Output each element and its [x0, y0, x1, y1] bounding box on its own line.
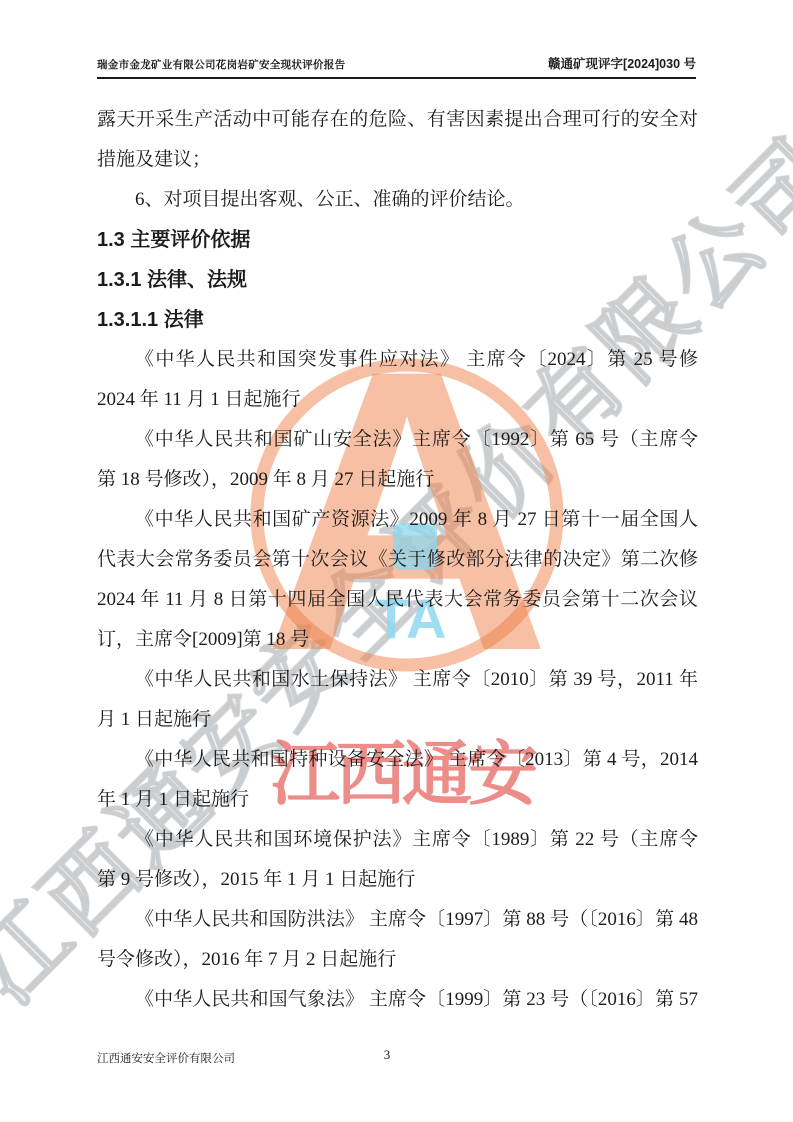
text-line: 《中华人民共和国防洪法》 主席令〔1997〕第 88 号（〔2016〕第 48 [97, 900, 698, 940]
text-line: 《中华人民共和国矿山安全法》主席令〔1992〕第 65 号（主席令〔2009〕 [97, 420, 698, 460]
text-line: 《中华人民共和国矿产资源法》2009 年 8 月 27 日第十一届全国人民 [97, 500, 698, 540]
body-text: 露天开采生产活动中可能存在的危险、有害因素提出合理可行的安全对策措施及建议；6、… [97, 100, 698, 1020]
text-line: 2024 年 11 月 1 日起施行 [97, 380, 698, 420]
text-line: 订，主席令[2009]第 18 号 [97, 620, 698, 660]
section-heading: 1.3.1.1 法律 [97, 300, 698, 340]
text-line: 年 1 月 1 日起施行 [97, 780, 698, 820]
text-line: 《中华人民共和国气象法》 主席令〔1999〕第 23 号（〔2016〕第 57 [97, 980, 698, 1020]
footer-company-name: 江西通安安全评价有限公司 [97, 1050, 235, 1066]
text-line: 《中华人民共和国环境保护法》主席令〔1989〕第 22 号（主席令〔2014〕 [97, 820, 698, 860]
text-line: 《中华人民共和国水土保持法》 主席令〔2010〕第 39 号，2011 年 3 [97, 660, 698, 700]
text-line: 代表大会常务委员会第十次会议《关于修改部分法律的决定》第二次修正， [97, 540, 698, 580]
section-heading: 1.3.1 法律、法规 [97, 260, 698, 300]
text-line: 2024 年 11 月 8 日第十四届全国人民代表大会常务委员会第十二次会议修 [97, 580, 698, 620]
text-line: 号令修改），2016 年 7 月 2 日起施行 [97, 940, 698, 980]
text-line: 措施及建议； [97, 140, 698, 180]
header-rule [97, 77, 696, 79]
text-line: 月 1 日起施行 [97, 700, 698, 740]
header-doc-number: 赣通矿现评字[2024]030 号 [548, 54, 696, 72]
text-line: 第 9 号修改），2015 年 1 月 1 日起施行 [97, 860, 698, 900]
text-line: 第 18 号修改），2009 年 8 月 27 日起施行 [97, 460, 698, 500]
section-heading: 1.3 主要评价依据 [97, 220, 698, 260]
text-line: 《中华人民共和国突发事件应对法》 主席令〔2024〕第 25 号修订， [97, 340, 698, 380]
text-line: 露天开采生产活动中可能存在的危险、有害因素提出合理可行的安全对策 [97, 100, 698, 140]
header-report-title: 瑞金市金龙矿业有限公司花岗岩矿安全现状评价报告 [97, 57, 345, 72]
text-line: 《中华人民共和国特种设备安全法》 主席令〔2013〕第 4 号，2014 [97, 740, 698, 780]
document-page: 江西通安安全评价有限公司 A TA 江西通安 瑞金市金龙矿业有限公司花岗岩矿安全… [0, 0, 793, 1122]
text-line: 6、对项目提出客观、公正、准确的评价结论。 [97, 180, 698, 220]
